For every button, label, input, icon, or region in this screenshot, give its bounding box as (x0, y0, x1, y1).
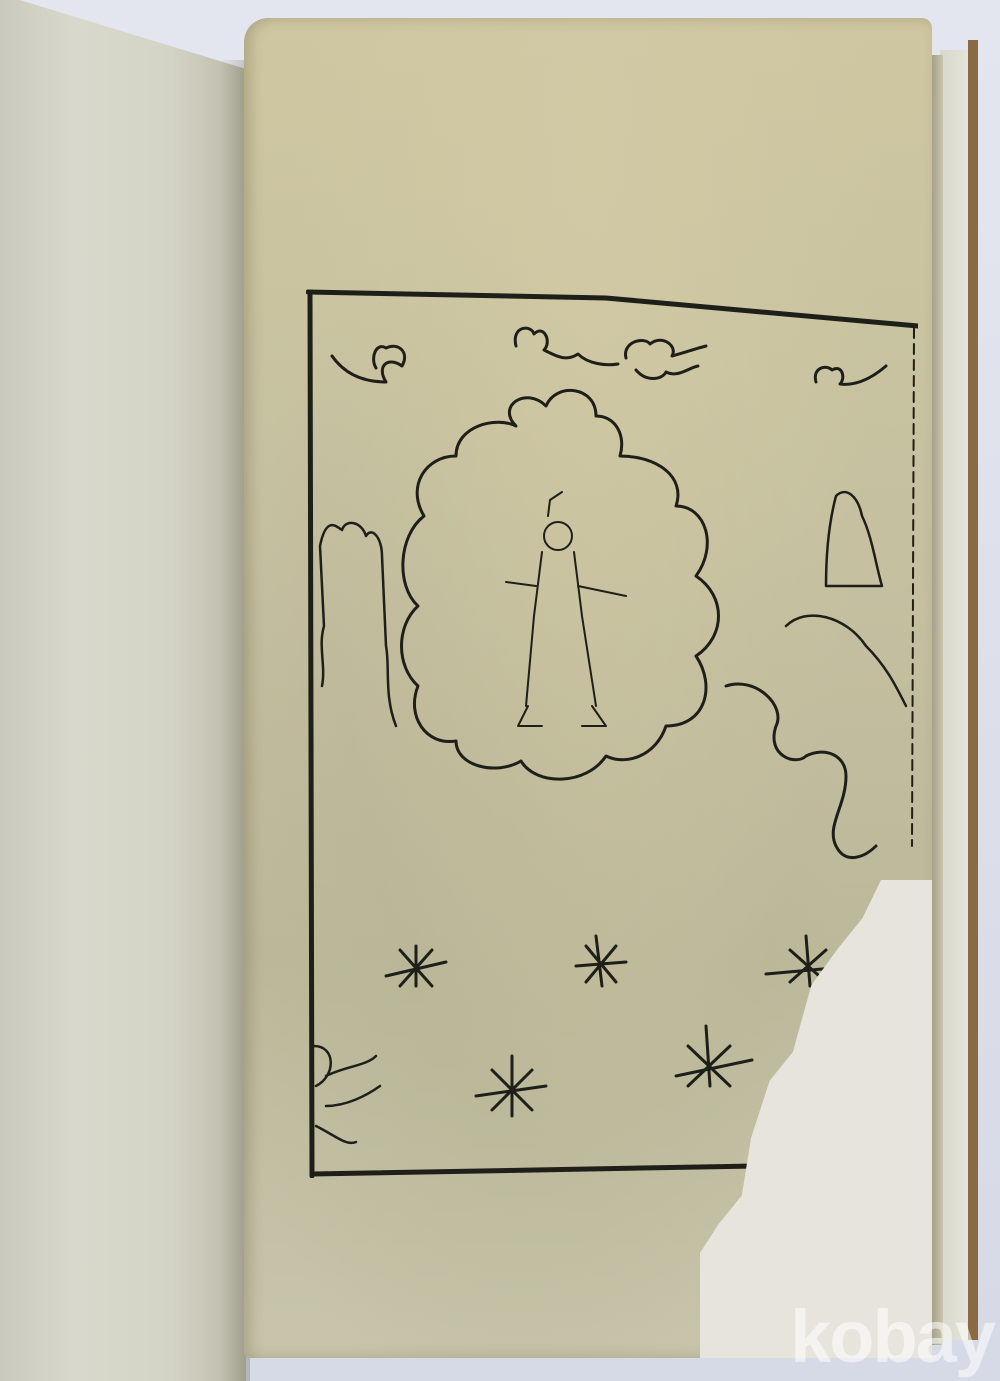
left-blank-page (0, 0, 246, 1381)
cloud-4 (815, 366, 886, 384)
deity-figure (506, 492, 626, 726)
flower-ornament-5 (676, 1026, 752, 1086)
watermark: kobay (790, 1294, 994, 1379)
cloud-1 (332, 346, 405, 382)
book-cover-edge (968, 40, 978, 1340)
book-photo: kobay (0, 0, 1000, 1381)
flower-ornament-2 (576, 936, 626, 986)
cloud-halo (402, 390, 719, 779)
flower-ornament-4 (476, 1056, 546, 1116)
cloud-2 (515, 328, 618, 365)
cloud-3 (626, 340, 706, 378)
back-page (940, 50, 970, 1340)
right-rock (786, 492, 906, 706)
corner-cloud (314, 1046, 380, 1143)
left-rock (320, 523, 396, 726)
cloud-ribbon (726, 684, 876, 858)
flower-ornament-1 (386, 946, 446, 986)
